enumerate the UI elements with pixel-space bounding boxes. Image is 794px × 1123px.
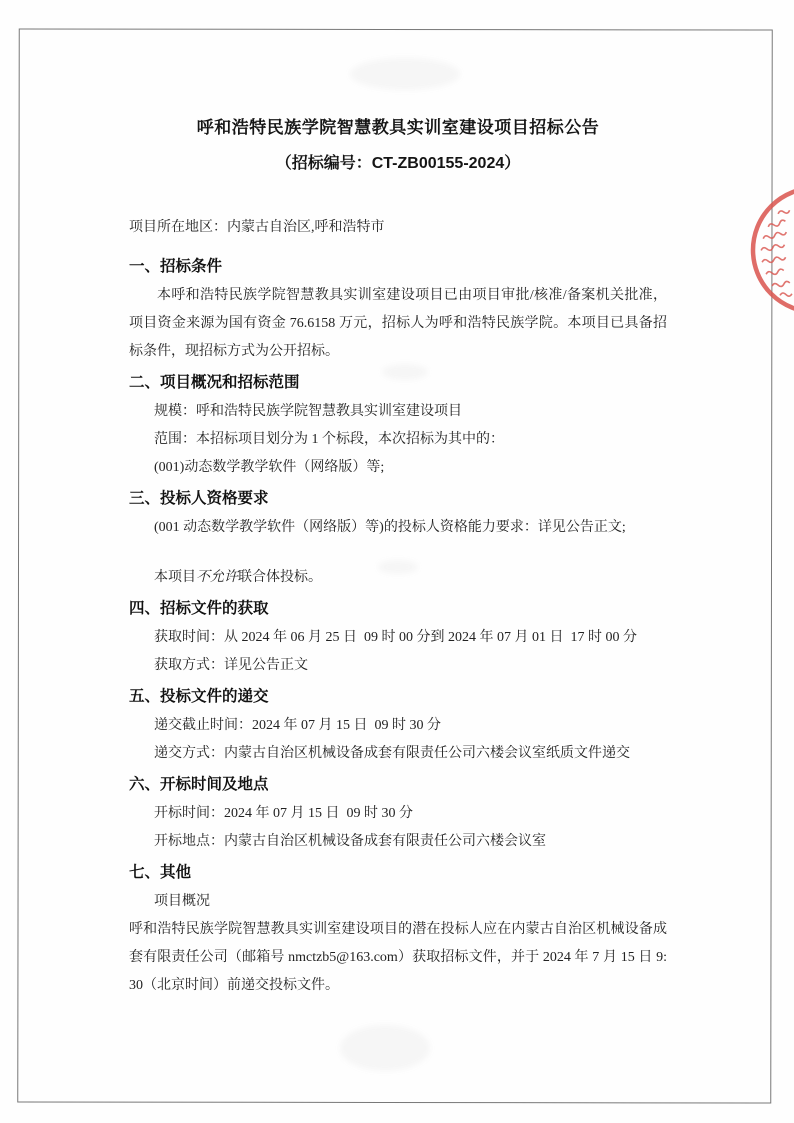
submission-method-line: 递交方式：内蒙古自治区机械设备成套有限责任公司六楼会议室纸质文件递交 bbox=[129, 740, 667, 768]
section-heading: 五、投标文件的递交 bbox=[129, 682, 667, 712]
opening-time-line: 开标时间：2024 年 07 月 15 日 09 时 30 分 bbox=[129, 800, 667, 828]
section-bid-opening: 六、开标时间及地点 开标时间：2024 年 07 月 15 日 09 时 30 … bbox=[129, 770, 667, 856]
joint-bid-not-allowed: 不允许 bbox=[196, 570, 238, 585]
qualification-line: (001 动态数学教学软件（网络版）等)的投标人资格能力要求：详见公告正文; bbox=[129, 514, 667, 542]
acquisition-time-line: 获取时间：从 2024 年 06 月 25 日 09 时 00 分到 2024 … bbox=[129, 624, 667, 652]
section-bidder-qualification: 三、投标人资格要求 (001 动态数学教学软件（网络版）等)的投标人资格能力要求… bbox=[129, 484, 667, 592]
document-title: 呼和浩特民族学院智慧教具实训室建设项目招标公告 bbox=[129, 114, 667, 142]
section-other: 七、其他 项目概况 呼和浩特民族学院智慧教具实训室建设项目的潜在投标人应在内蒙古… bbox=[129, 858, 667, 1000]
scan-artifact bbox=[340, 1025, 430, 1071]
blank-line bbox=[129, 542, 667, 564]
section-document-acquisition: 四、招标文件的获取 获取时间：从 2024 年 06 月 25 日 09 时 0… bbox=[129, 594, 667, 680]
section-bid-submission: 五、投标文件的递交 递交截止时间：2024 年 07 月 15 日 09 时 3… bbox=[129, 682, 667, 768]
project-location-line: 项目所在地区：内蒙古自治区,呼和浩特市 bbox=[129, 214, 667, 242]
document-page: 呼和浩特民族学院智慧教具实训室建设项目招标公告 （招标编号：CT-ZB00155… bbox=[0, 0, 794, 1123]
seal-graphic bbox=[736, 183, 794, 317]
seal-ring bbox=[753, 188, 794, 312]
lot-line: (001)动态数学教学软件（网络版）等; bbox=[129, 454, 667, 482]
other-paragraph: 呼和浩特民族学院智慧教具实训室建设项目的潜在投标人应在内蒙古自治区机械设备成套有… bbox=[129, 916, 667, 1000]
joint-bid-line: 本项目不允许联合体投标。 bbox=[129, 564, 667, 592]
section-heading: 七、其他 bbox=[129, 858, 667, 888]
section-project-overview-scope: 二、项目概况和招标范围 规模：呼和浩特民族学院智慧教具实训室建设项目 范围：本招… bbox=[129, 368, 667, 482]
section-heading: 四、招标文件的获取 bbox=[129, 594, 667, 624]
section-heading: 一、招标条件 bbox=[129, 252, 667, 282]
section-heading: 三、投标人资格要求 bbox=[129, 484, 667, 514]
acquisition-method-line: 获取方式：详见公告正文 bbox=[129, 652, 667, 680]
project-overview-label: 项目概况 bbox=[129, 888, 667, 916]
scale-line: 规模：呼和浩特民族学院智慧教具实训室建设项目 bbox=[129, 398, 667, 426]
tender-number: （招标编号：CT-ZB00155-2024） bbox=[129, 150, 667, 178]
section-heading: 六、开标时间及地点 bbox=[129, 770, 667, 800]
scope-line: 范围：本招标项目划分为 1 个标段，本次招标为其中的： bbox=[129, 426, 667, 454]
submission-deadline-line: 递交截止时间：2024 年 07 月 15 日 09 时 30 分 bbox=[129, 712, 667, 740]
scan-artifact bbox=[350, 58, 460, 90]
official-seal-stamp-partial bbox=[736, 183, 794, 317]
section-heading: 二、项目概况和招标范围 bbox=[129, 368, 667, 398]
joint-bid-suffix: 联合体投标。 bbox=[238, 570, 322, 585]
opening-place-line: 开标地点：内蒙古自治区机械设备成套有限责任公司六楼会议室 bbox=[129, 828, 667, 856]
section-paragraph: 本呼和浩特民族学院智慧教具实训室建设项目已由项目审批/核准/备案机关批准，项目资… bbox=[129, 282, 667, 366]
document-content: 呼和浩特民族学院智慧教具实训室建设项目招标公告 （招标编号：CT-ZB00155… bbox=[129, 114, 667, 1000]
section-bidding-conditions: 一、招标条件 本呼和浩特民族学院智慧教具实训室建设项目已由项目审批/核准/备案机… bbox=[129, 252, 667, 366]
joint-bid-prefix: 本项目 bbox=[154, 570, 196, 585]
